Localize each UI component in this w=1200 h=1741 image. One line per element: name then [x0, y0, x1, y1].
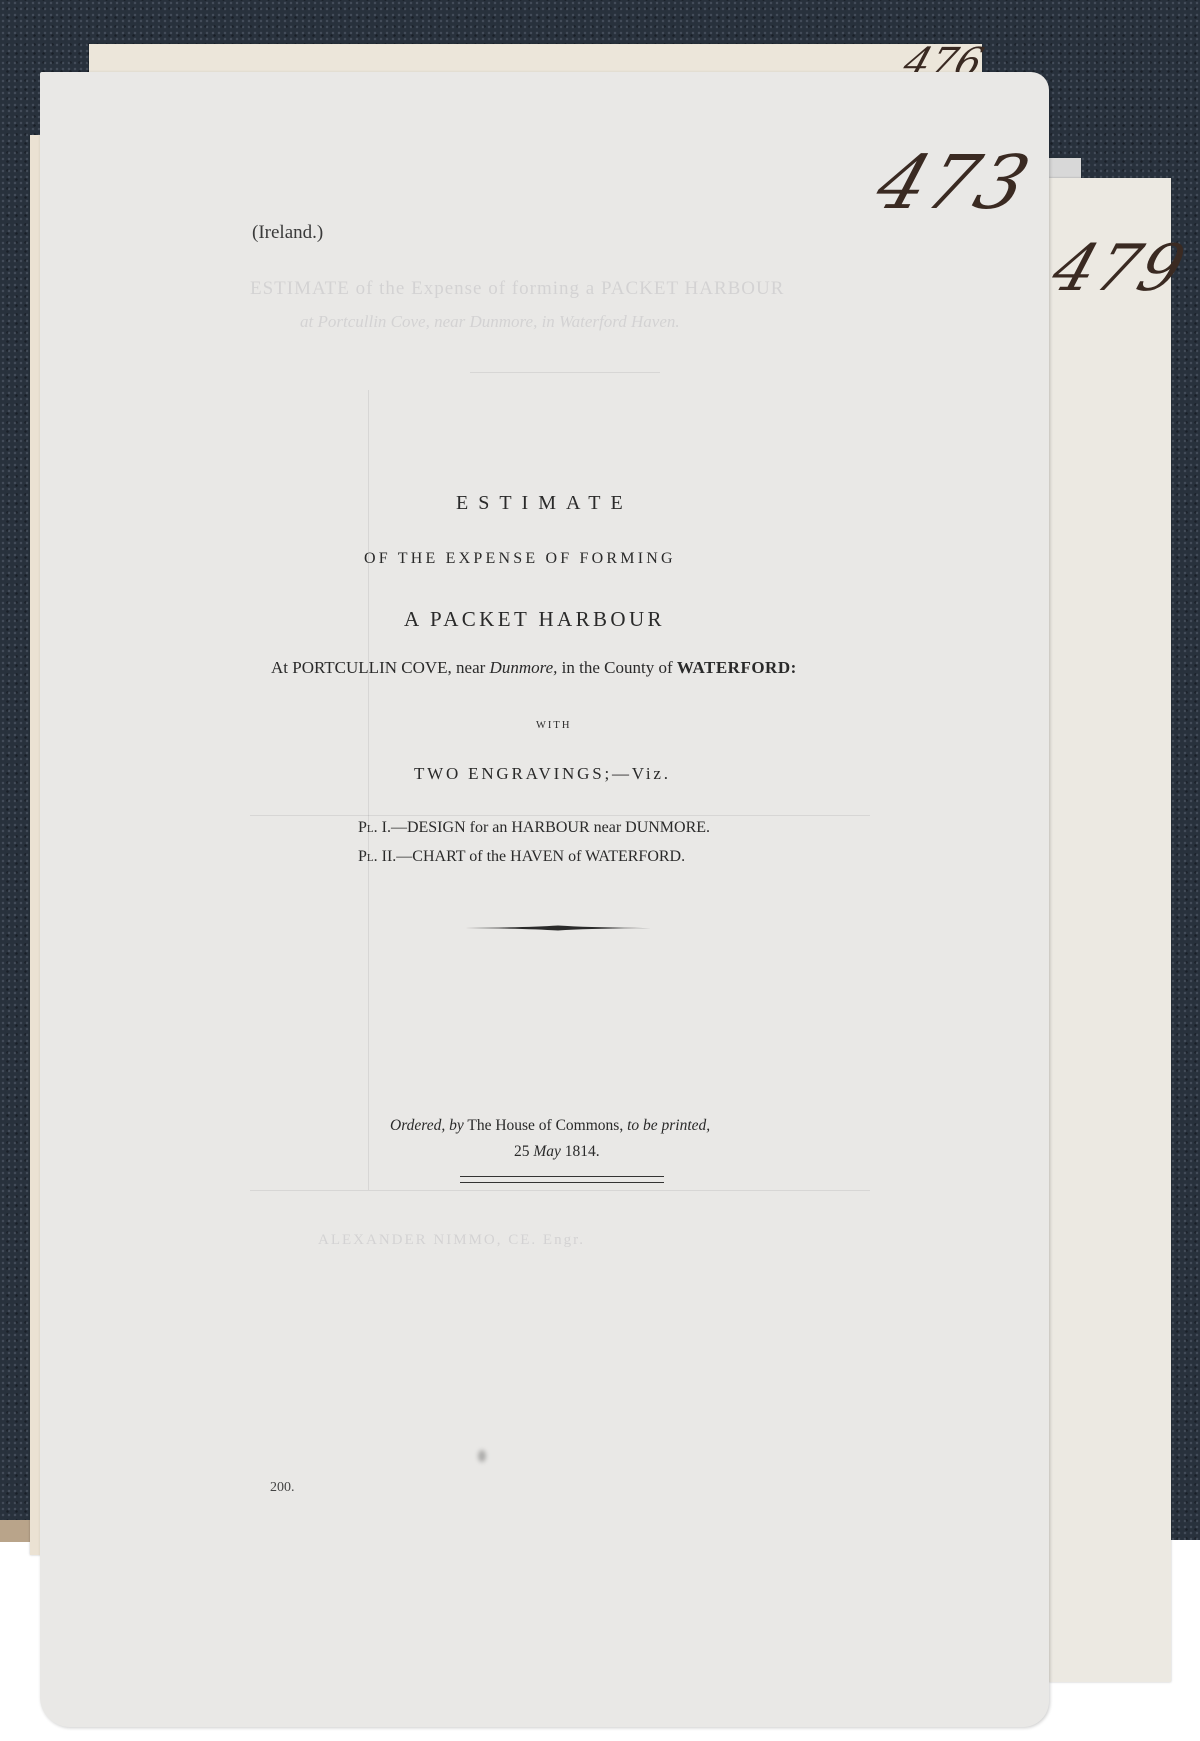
document-subtitle-expense: OF THE EXPENSE OF FORMING — [364, 550, 676, 568]
document-subtitle-harbour: A PACKET HARBOUR — [404, 607, 665, 632]
location-prefix: At PORTCULLIN COVE, near — [271, 658, 490, 677]
plate-1-caption: Pl. I.—DESIGN for an HARBOUR near DUNMOR… — [358, 819, 710, 837]
show-through-table-line — [250, 815, 870, 816]
location-middle: in the County of — [557, 658, 676, 677]
location-line: At PORTCULLIN COVE, near Dunmore, in the… — [271, 658, 797, 678]
double-rule-divider — [460, 1176, 664, 1183]
with-label: WITH — [536, 720, 571, 731]
swelled-rule-divider — [465, 925, 651, 931]
date-year: 1814. — [561, 1143, 600, 1160]
ordered-part2: The House of Commons, — [464, 1117, 627, 1134]
show-through-rule — [470, 372, 660, 373]
engravings-label: TWO ENGRAVINGS;—Viz. — [414, 764, 671, 784]
date-day: 25 — [514, 1143, 533, 1160]
show-through-table-line-bottom — [250, 1190, 870, 1191]
show-through-column-line — [368, 390, 369, 1190]
location-place: Dunmore, — [490, 658, 558, 677]
show-through-subheading: at Portcullin Cove, near Dunmore, in Wat… — [300, 312, 680, 332]
plate-text: I.—DESIGN for an HARBOUR near DUNMORE. — [378, 819, 710, 836]
right-sheet-folio-number: 479 — [1043, 232, 1195, 306]
right-underlying-sheet — [1049, 178, 1171, 1682]
order-date: 25 May 1814. — [514, 1143, 600, 1161]
date-month: May — [533, 1143, 561, 1160]
show-through-footer: ALEXANDER NIMMO, CE. Engr. — [318, 1232, 585, 1249]
ordered-part3: to be printed, — [627, 1117, 710, 1134]
plate-2-caption: Pl. II.—CHART of the HAVEN of WATERFORD. — [358, 848, 685, 866]
show-through-heading: ESTIMATE of the Expense of forming a PAC… — [250, 278, 784, 300]
plate-prefix: Pl. — [358, 848, 378, 865]
main-folio-number: 473 — [866, 140, 1041, 226]
ordered-part1: Ordered, by — [390, 1117, 464, 1134]
page-number: 200. — [270, 1480, 295, 1496]
location-county: WATERFORD: — [677, 658, 797, 677]
ordered-line: Ordered, by The House of Commons, to be … — [390, 1117, 710, 1135]
ink-spot — [478, 1450, 486, 1462]
document-title: ESTIMATE — [456, 492, 633, 515]
plate-prefix: Pl. — [358, 819, 378, 836]
plate-text: II.—CHART of the HAVEN of WATERFORD. — [378, 848, 685, 865]
region-label: (Ireland.) — [252, 222, 323, 244]
